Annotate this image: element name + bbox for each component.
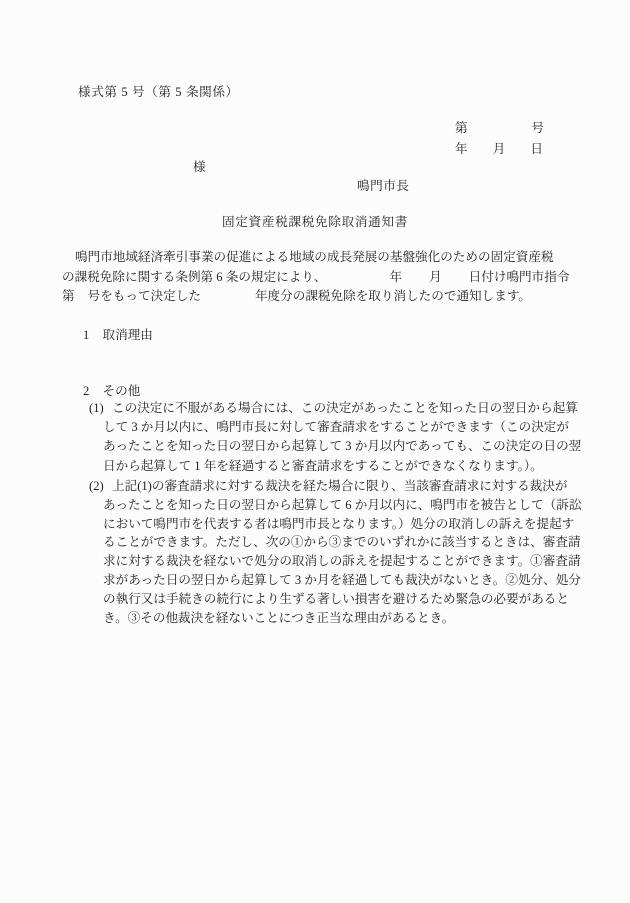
- sender-name: 鳴門市長: [357, 175, 409, 194]
- document-title: 固定資産税課税免除取消通知書: [0, 211, 630, 230]
- body-line-1: 鳴門市地域経済牽引事業の促進による地域の成長発展の基盤強化のための固定資産税: [62, 248, 622, 268]
- list-item-1-label: (1): [89, 399, 112, 418]
- blank-field-day: [442, 280, 469, 281]
- form-style-label: 様式第 5 号（第 5 条関係）: [78, 81, 239, 100]
- body-line-3: 第号をもって決定した年度分の課税免除を取り消したので通知します。: [62, 287, 622, 307]
- body-paragraph: 鳴門市地域経済牽引事業の促進による地域の成長発展の基盤強化のための固定資産税 の…: [62, 248, 622, 307]
- list-item-2-label: (2): [89, 477, 112, 496]
- blank-field-number: [75, 299, 88, 300]
- section-1-title: 取消理由: [103, 328, 153, 342]
- section-2-heading: 2その他: [83, 380, 140, 399]
- section-1-heading: 1取消理由: [83, 324, 153, 343]
- addressee-honorific: 様: [193, 156, 206, 175]
- body-line-2: の課税免除に関する条例第 6 条の規定により、年月日付け鳴門市指令: [62, 268, 622, 288]
- section-1-number: 1: [83, 328, 103, 343]
- date-month-label: 月: [493, 138, 506, 157]
- blank-field-month: [402, 280, 429, 281]
- section-2-number: 2: [83, 384, 103, 399]
- blank-field-fiscal-year: [201, 299, 255, 300]
- date-day-label: 日: [530, 138, 543, 157]
- document-page: { "page": { "background_color": "#fcfcfc…: [0, 0, 630, 903]
- blank-field-year: [326, 280, 389, 281]
- date-line: 年 月 日: [455, 138, 543, 157]
- document-number-line: 第 号: [455, 117, 544, 136]
- document-number-prefix: 第: [455, 117, 468, 136]
- list-item-2: (2)上記(1)の審査請求に対する裁決を経た場合に限り、当該審査請求に対する裁決…: [103, 477, 581, 627]
- document-number-suffix: 号: [531, 117, 544, 136]
- section-2-title: その他: [103, 384, 141, 398]
- date-year-label: 年: [455, 138, 468, 157]
- list-item-1: (1)この決定に不服がある場合には、この決定があったことを知った日の翌日から起算…: [103, 399, 581, 476]
